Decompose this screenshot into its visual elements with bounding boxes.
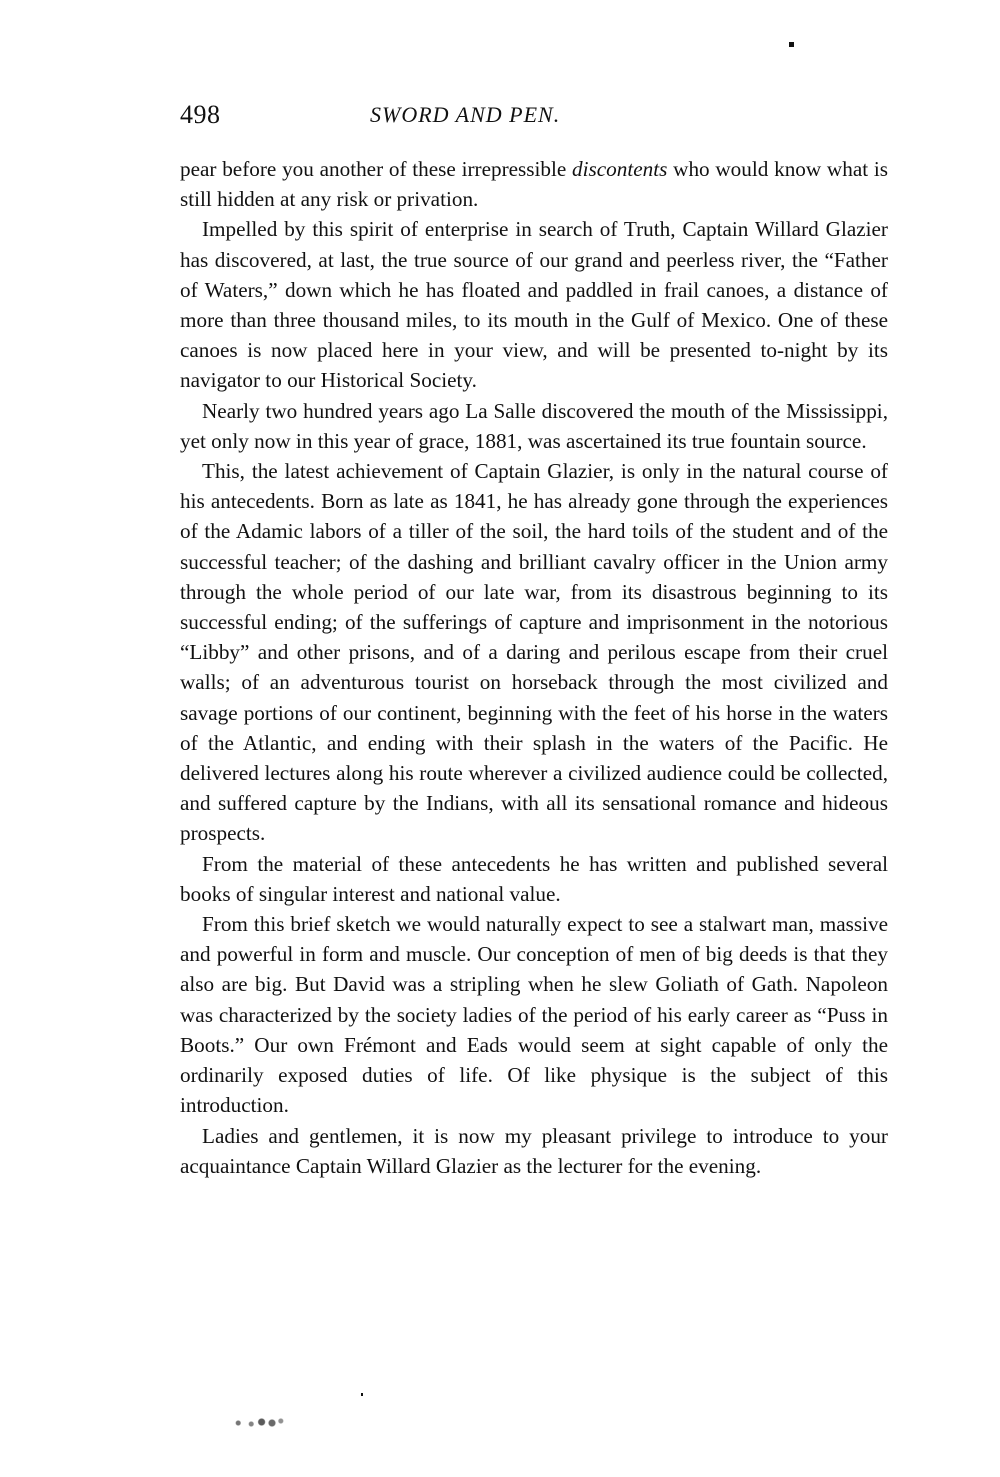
page-header: 498 SWORD AND PEN.: [180, 100, 890, 136]
running-title: SWORD AND PEN.: [370, 102, 560, 128]
paragraph-glazier-discovery: Impelled by this spirit of enterprise in…: [180, 214, 888, 395]
paragraph-la-salle: Nearly two hundred years ago La Salle di…: [180, 396, 888, 456]
ink-smudge-mark: [233, 1418, 285, 1428]
scan-speck: [361, 1393, 363, 1396]
emphasized-word: discontents: [572, 157, 667, 181]
body-text: pear before you another of these irrepre…: [180, 154, 888, 1181]
paragraph-antecedents: This, the latest achievement of Captain …: [180, 456, 888, 849]
scan-speck: [789, 42, 794, 47]
paragraph-introduction: Ladies and gentlemen, it is now my pleas…: [180, 1121, 888, 1181]
paragraph-books: From the material of these antecedents h…: [180, 849, 888, 909]
paragraph-continued: pear before you another of these irrepre…: [180, 154, 888, 214]
paragraph-text-before: pear before you another of these irrepre…: [180, 157, 572, 181]
book-page: 498 SWORD AND PEN. pear before you anoth…: [0, 0, 1000, 1477]
page-number: 498: [180, 100, 221, 130]
paragraph-physique: From this brief sketch we would naturall…: [180, 909, 888, 1120]
